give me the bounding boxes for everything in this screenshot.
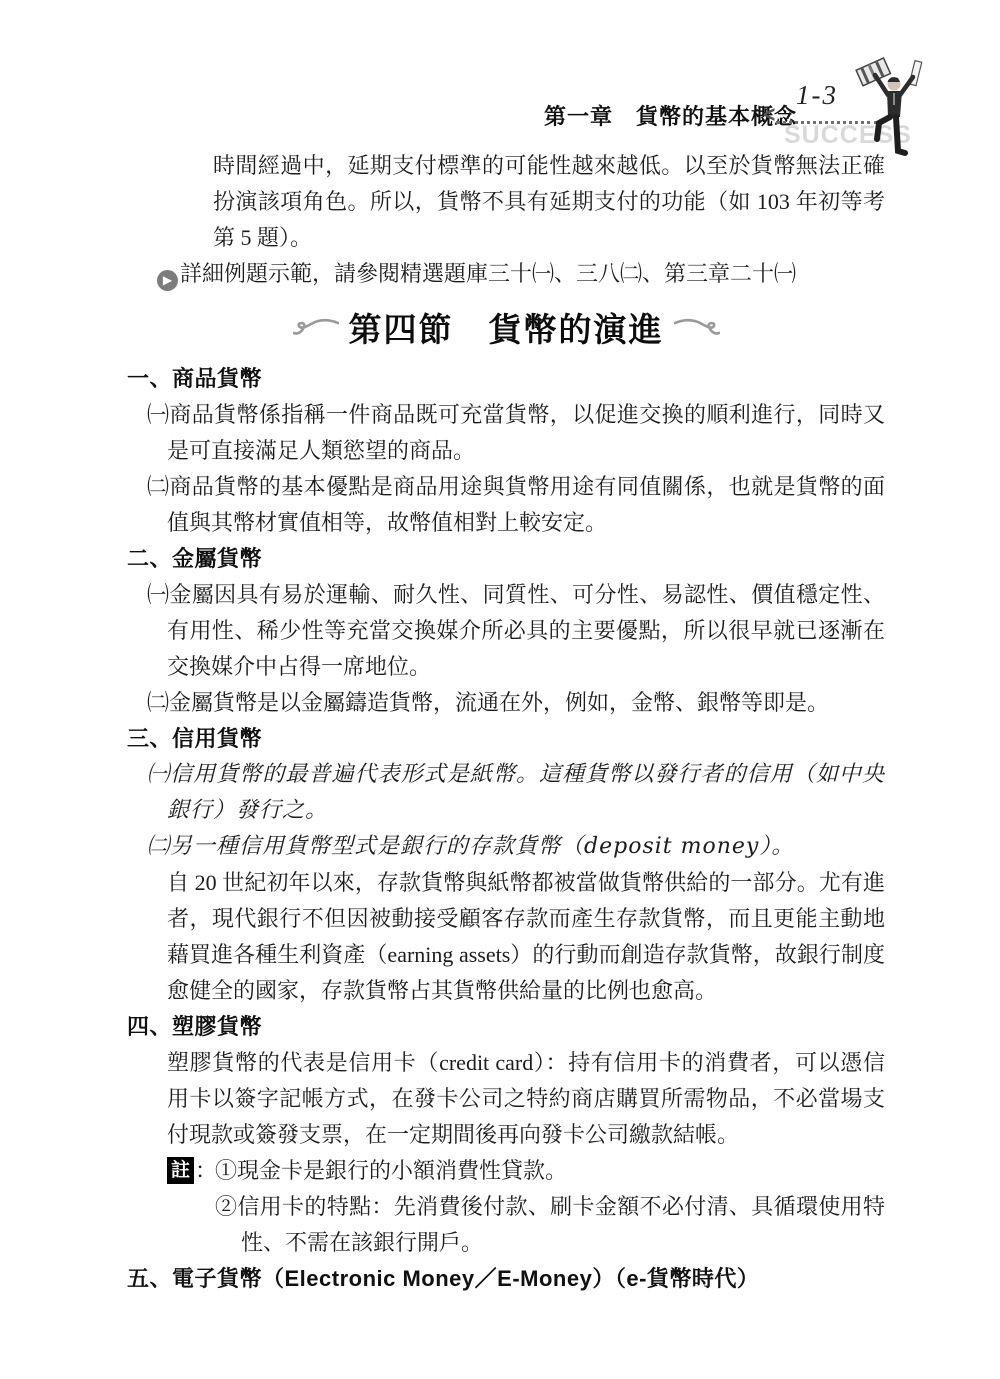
entry-text: 另一種信用貨幣型式是銀行的存款貨幣（deposit money）。 bbox=[170, 834, 794, 859]
chapter-title: 第一章 貨幣的基本概念 bbox=[544, 100, 797, 131]
entry-marker: ㈡ bbox=[147, 834, 170, 859]
note-item: ①現金卡是銀行的小額消費性貸款。 bbox=[215, 1153, 885, 1189]
list-entry: ㈠信用貨幣的最普遍代表形式是紙幣。這種貨幣以發行者的信用（如中央銀行）發行之。 bbox=[127, 757, 885, 829]
entry-marker: ㈠ bbox=[147, 402, 169, 427]
reference-line: ▶詳細例題示範，請參閱精選題庫三十㈠、三八㈡、第三章二十㈠ bbox=[127, 256, 885, 292]
note-colon: ： bbox=[195, 1153, 217, 1189]
entry-marker: ㈡ bbox=[147, 690, 169, 715]
entry-text: 商品貨幣的基本優點是商品用途與貨幣用途有同值關係，也就是貨幣的面值與其幣材實值相… bbox=[167, 474, 885, 535]
entry-marker: ㈡ bbox=[147, 474, 169, 499]
list-entry: ㈠商品貨幣係指稱一件商品既可充當貨幣，以促進交換的順利進行，同時又是可直接滿足人… bbox=[127, 397, 885, 469]
entry-text: 金屬因具有易於運輸、耐久性、同質性、可分性、易認性、價值穩定性、有用性、稀少性等… bbox=[167, 582, 885, 679]
entry-marker: ㈠ bbox=[147, 582, 169, 607]
swirl-flourish-icon bbox=[293, 315, 339, 341]
list-heading-electronic-money: 五、電子貨幣（Electronic Money／E-Money）（e-貨幣時代） bbox=[127, 1261, 885, 1297]
entry-text: 商品貨幣係指稱一件商品既可充當貨幣，以促進交換的順利進行，同時又是可直接滿足人類… bbox=[167, 402, 885, 463]
list-entry: ㈡金屬貨幣是以金屬鑄造貨幣，流通在外，例如，金幣、銀幣等即是。 bbox=[127, 685, 885, 721]
section-title-row: 第四節 貨幣的演進 bbox=[127, 304, 885, 351]
section-title: 第四節 貨幣的演進 bbox=[349, 304, 664, 351]
chevron-left-icon: < bbox=[762, 102, 776, 128]
list-heading-commodity-money: 一、商品貨幣 bbox=[127, 361, 885, 397]
list-entry: ㈡商品貨幣的基本優點是商品用途與貨幣用途有同值關係，也就是貨幣的面值與其幣材實值… bbox=[127, 469, 885, 541]
arrow-right-circle-icon: ▶ bbox=[157, 270, 178, 291]
list-heading-metallic-money: 二、金屬貨幣 bbox=[127, 541, 885, 577]
page-content: 時間經過中，延期支付標準的可能性越來越低。以至於貨幣無法正確扮演該項角色。所以，… bbox=[127, 148, 885, 1297]
entry-text: 金屬貨幣是以金屬鑄造貨幣，流通在外，例如，金幣、銀幣等即是。 bbox=[169, 690, 829, 715]
credit-money-paragraph: 自 20 世紀初年以來，存款貨幣與紙幣都被當做貨幣供給的一部分。尤有進者，現代銀… bbox=[127, 865, 885, 1009]
note-badge: 註 bbox=[167, 1157, 194, 1184]
list-heading-plastic-money: 四、塑膠貨幣 bbox=[127, 1009, 885, 1045]
page-number: 1-3 bbox=[796, 80, 838, 111]
plastic-money-paragraph: 塑膠貨幣的代表是信用卡（credit card）：持有信用卡的消費者，可以憑信用… bbox=[127, 1045, 885, 1153]
reference-text: 詳細例題示範，請參閱精選題庫三十㈠、三八㈡、第三章二十㈠ bbox=[180, 261, 796, 286]
note-block: 註 ： ①現金卡是銀行的小額消費性貸款。 ②信用卡的特點：先消費後付款、刷卡金額… bbox=[127, 1153, 885, 1261]
note-item: ②信用卡的特點：先消費後付款、刷卡金額不必付清、具循環使用特性、不需在該銀行開戶… bbox=[215, 1189, 885, 1261]
swirl-flourish-icon bbox=[674, 315, 720, 341]
list-entry: ㈡另一種信用貨幣型式是銀行的存款貨幣（deposit money）。 bbox=[127, 829, 885, 865]
list-entry: ㈠金屬因具有易於運輸、耐久性、同質性、可分性、易認性、價值穩定性、有用性、稀少性… bbox=[127, 577, 885, 685]
list-heading-credit-money: 三、信用貨幣 bbox=[127, 721, 885, 757]
lead-paragraph: 時間經過中，延期支付標準的可能性越來越低。以至於貨幣無法正確扮演該項角色。所以，… bbox=[127, 148, 885, 256]
entry-marker: ㈠ bbox=[147, 762, 170, 787]
entry-text: 信用貨幣的最普遍代表形式是紙幣。這種貨幣以發行者的信用（如中央銀行）發行之。 bbox=[167, 762, 885, 823]
